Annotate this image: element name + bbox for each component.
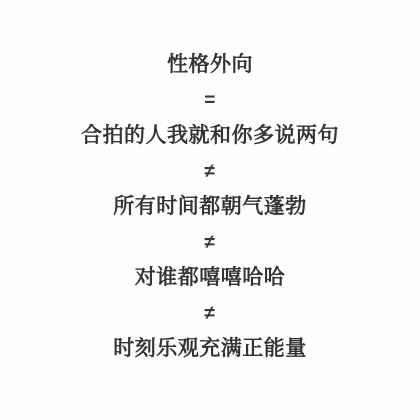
statement-line-3: 对谁都嘻嘻哈哈 [135,260,286,296]
statement-line-1: 合拍的人我就和你多说两句 [81,118,339,154]
not-equals-symbol-1: ≠ [205,154,216,190]
headline: 性格外向 [167,47,253,83]
statement-line-2: 所有时间都朝气蓬勃 [113,189,307,225]
not-equals-symbol-2: ≠ [205,225,216,261]
equals-symbol: = [204,83,216,119]
statement-line-4: 时刻乐观充满正能量 [113,331,307,367]
not-equals-symbol-3: ≠ [205,296,216,332]
text-card: 性格外向 = 合拍的人我就和你多说两句 ≠ 所有时间都朝气蓬勃 ≠ 对谁都嘻嘻哈… [0,0,420,420]
